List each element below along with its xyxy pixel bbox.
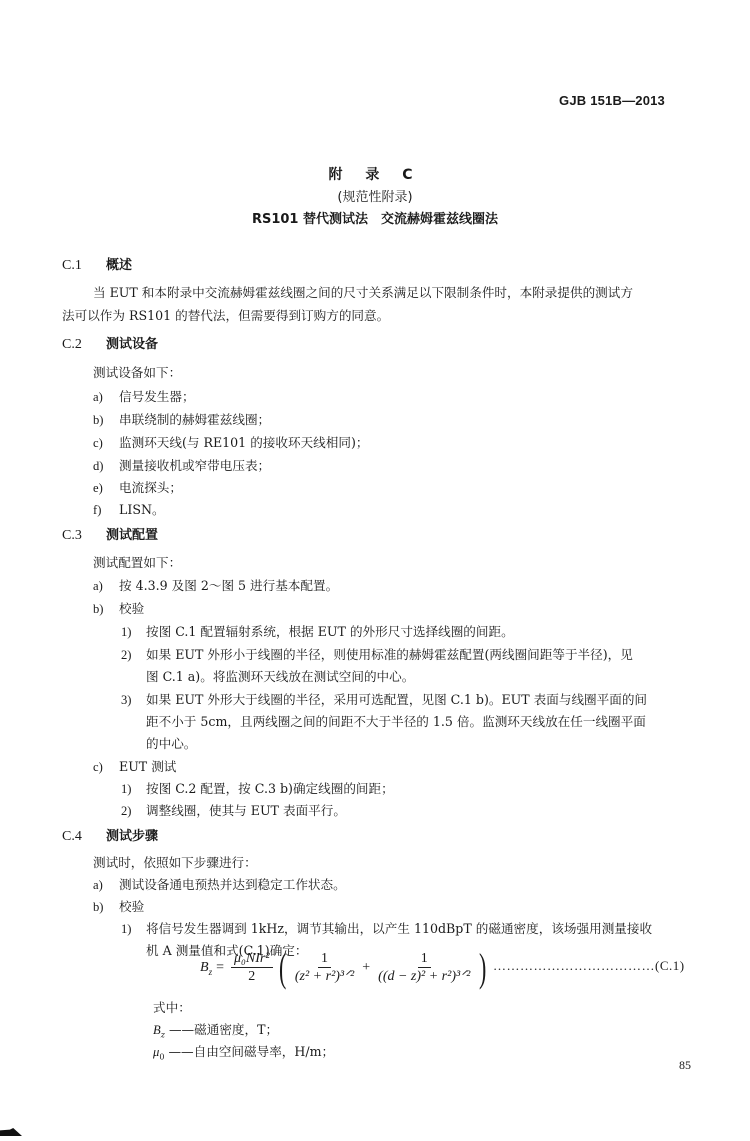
section-number: C.2 <box>62 337 106 353</box>
section-c1-heading: C.1概述 <box>62 254 132 274</box>
right-paren: ) <box>479 948 486 988</box>
left-paren: ( <box>279 948 286 988</box>
section-title: 测试配置 <box>106 528 158 543</box>
list-item: c)监测环天线(与 RE101 的接收环天线相同)； <box>93 432 368 451</box>
standard-code: GJB 151B—2013 <box>559 93 665 108</box>
sub-list-item: 1)按图 C.2 配置，按 C.3 b)确定线圈的间距； <box>121 778 394 797</box>
c2-intro: 测试设备如下： <box>93 362 181 381</box>
section-number: C.1 <box>62 258 106 274</box>
eq-coefficient: μ₀NIr²2 <box>231 951 273 985</box>
equation-c1: Bz = μ₀NIr²2 ( 1(z² + r²)³ᐟ² + 1((d − z)… <box>200 946 490 990</box>
sub-list-item-cont: 的中心。 <box>146 733 196 752</box>
where-intro: 式中： <box>153 997 191 1016</box>
c4-intro: 测试时，依照如下步骤进行： <box>93 852 257 871</box>
sub-list-item: 3)如果 EUT 外形大于线圈的半径，采用可选配置，见图 C.1 b)。EUT … <box>121 689 647 708</box>
eq-lhs: Bz <box>200 960 212 977</box>
sub-list-item: 1)按图 C.1 配置辐射系统，根据 EUT 的外形尺寸选择线圈的间距。 <box>121 621 514 640</box>
sub-list-item: 1)将信号发生器调到 1kHz，调节其输出，以产生 110dBpT 的磁通密度，… <box>121 918 652 937</box>
list-item: f)LISN。 <box>93 499 165 518</box>
list-item: a)测试设备通电预热并达到稳定工作状态。 <box>93 874 346 893</box>
appendix-title: 附 录 C <box>0 164 750 184</box>
sub-list-item: 2)调整线圈，使其与 EUT 表面平行。 <box>121 800 346 819</box>
section-title: 概述 <box>106 258 132 273</box>
list-item: b)校验 <box>93 896 144 915</box>
c3-intro: 测试配置如下： <box>93 552 181 571</box>
sub-list-item: 2)如果 EUT 外形小于线圈的半径，则使用标准的赫姆霍兹配置(两线圈间距等于半… <box>121 644 633 663</box>
eq-term1: 1(z² + r²)³ᐟ² <box>292 951 357 985</box>
list-item: e)电流探头； <box>93 477 182 496</box>
page-number: 85 <box>679 1058 691 1073</box>
c1-para-line1: 当 EUT 和本附录中交流赫姆霍兹线圈之间的尺寸关系满足以下限制条件时，本附录提… <box>93 282 633 301</box>
list-item: c)EUT 测试 <box>93 756 176 775</box>
equation-ref: ………………………………(C.1) <box>493 958 685 974</box>
list-item: b)校验 <box>93 598 144 617</box>
section-number: C.4 <box>62 829 106 845</box>
list-item: d)测量接收机或窄带电压表； <box>93 455 270 474</box>
list-item: a)按 4.3.9 及图 2～图 5 进行基本配置。 <box>93 575 338 594</box>
appendix-subject: RS101 替代测试法 交流赫姆霍兹线圈法 <box>0 208 750 227</box>
section-title: 测试步骤 <box>106 829 158 844</box>
eq-term2: 1((d − z)² + r²)³ᐟ² <box>375 951 473 985</box>
section-c2-heading: C.2测试设备 <box>62 333 158 353</box>
list-item: b)串联绕制的赫姆霍兹线圈； <box>93 409 270 428</box>
appendix-kind: (规范性附录) <box>0 186 750 205</box>
section-c3-heading: C.3测试配置 <box>62 524 158 544</box>
var-definition: μ0 ——自由空间磁导率，H/m； <box>153 1041 334 1062</box>
list-item: a)信号发生器； <box>93 386 195 405</box>
section-title: 测试设备 <box>106 337 158 352</box>
scan-artifact <box>0 1128 22 1136</box>
section-number: C.3 <box>62 528 106 544</box>
sub-list-item-cont: 图 C.1 a)。将监测环天线放在测试空间的中心。 <box>146 666 414 685</box>
c1-para-line2: 法可以作为 RS101 的替代法，但需要得到订购方的同意。 <box>62 305 389 324</box>
section-c4-heading: C.4测试步骤 <box>62 825 158 845</box>
sub-list-item-cont: 距不小于 5cm，且两线圈之间的间距不大于半径的 1.5 倍。监测环天线放在任一… <box>146 711 646 730</box>
var-definition: Bz ——磁通密度，T； <box>153 1019 278 1040</box>
